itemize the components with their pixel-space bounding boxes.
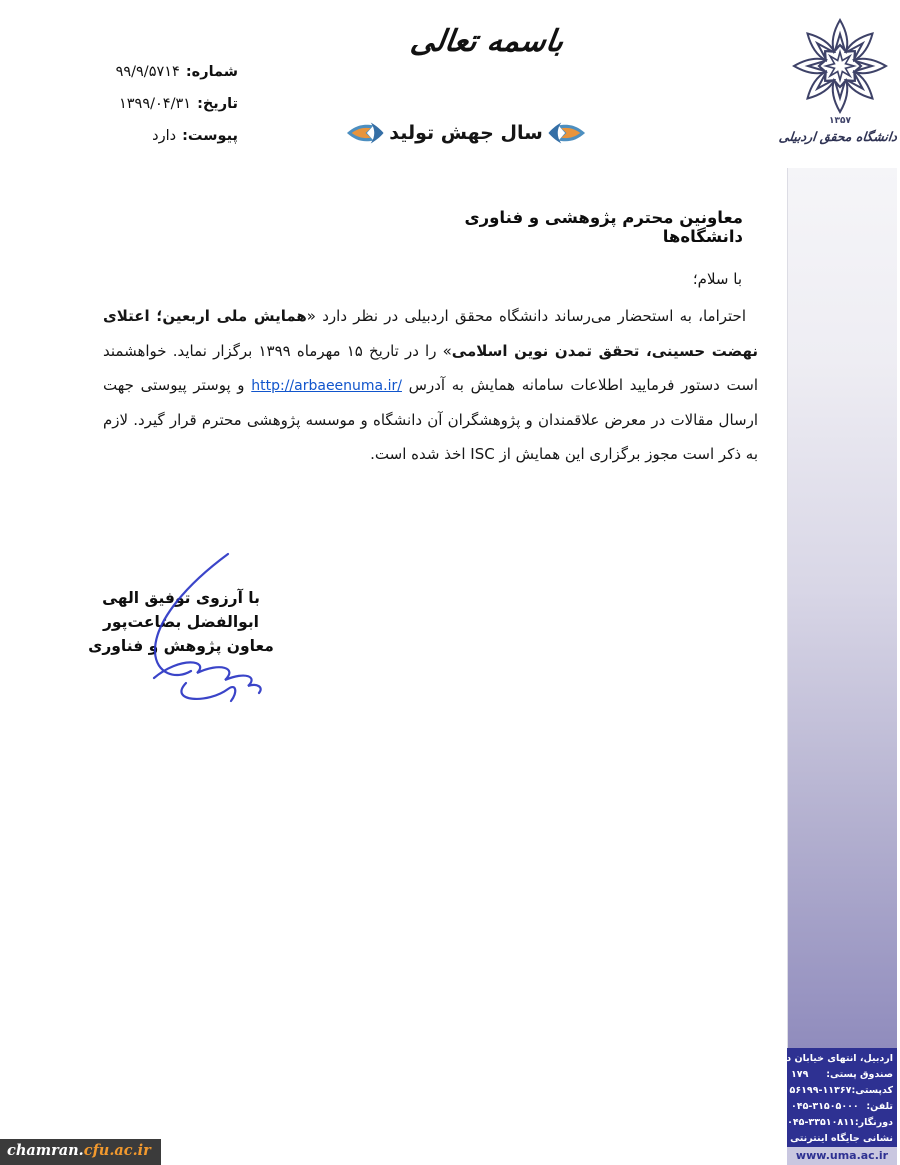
footer-postal-label: کدپستی:	[851, 1083, 893, 1099]
salutation-line: با سلام؛	[620, 270, 742, 288]
watermark-suffix: cfu.ac.ir	[84, 1142, 151, 1159]
letter-meta: شماره: ۹۹/۹/۵۷۱۴ تاریخ: ۱۳۹۹/۰۴/۳۱ پیوست…	[96, 62, 238, 158]
logo-founding-year: ۱۳۵۷	[783, 116, 897, 126]
logo-university-name: دانشگاه محقق اردبیلی	[782, 129, 898, 144]
body-line-3-post: و پوستر پیوستی جهت	[103, 376, 251, 394]
university-logo: ۱۳۵۷ دانشگاه محقق اردبیلی	[783, 10, 897, 144]
banner-ornament-right-icon	[548, 120, 586, 146]
body-line-2-normal: » را در تاریخ ۱۵ مهرماه ۱۳۹۹ برگزار نمای…	[103, 342, 452, 360]
body-line-1-bold: همایش ملی اربعین؛ اعتلای	[103, 307, 307, 325]
letter-date-value: ۱۳۹۹/۰۴/۳۱	[119, 94, 191, 114]
conference-site-link[interactable]: http://arbaeenuma.ir/	[251, 378, 402, 394]
banner-ornament-left-icon	[346, 120, 384, 146]
footer-postal-row: کدپستی: ۵۶۱۹۹-۱۱۳۶۷	[791, 1083, 893, 1099]
university-emblem-icon	[784, 10, 896, 120]
isc-acronym: ISC	[470, 445, 494, 463]
footer-tel-value: ۰۴۵-۳۱۵۰۵۰۰۰	[791, 1099, 859, 1115]
source-watermark: chamran.cfu.ac.ir	[0, 1139, 161, 1165]
footer-pobox-row: صندوق پستی: ۱۷۹	[791, 1067, 893, 1083]
letter-attachment-value: دارد	[152, 126, 176, 146]
letter-date-row: تاریخ: ۱۳۹۹/۰۴/۳۱	[96, 94, 238, 114]
footer-pobox-value: ۱۷۹	[791, 1067, 808, 1083]
side-gradient-strip	[787, 168, 897, 1048]
footer-site-label: نشانی جایگاه اینترنتی دانشگاه	[751, 1131, 893, 1147]
letter-number-value: ۹۹/۹/۵۷۱۴	[116, 62, 180, 82]
besmele-calligraphy: باسمه تعالی	[395, 24, 580, 59]
body-line-3: است دستور فرمایید اطلاعات سامانه همایش ب…	[103, 368, 758, 403]
footer-fax-label: دورنگار:	[855, 1115, 893, 1131]
letter-number-label: شماره:	[186, 62, 238, 82]
recipient-line: معاونین محترم پژوهشی و فناوری دانشگاه‌ها	[383, 208, 743, 246]
watermark-prefix: chamran.	[7, 1142, 84, 1159]
footer-site-row: نشانی جایگاه اینترنتی دانشگاه	[791, 1131, 893, 1147]
body-line-1-normal: احتراما، به استحضار می‌رساند دانشگاه محق…	[307, 307, 746, 325]
body-line-1: احتراما، به استحضار می‌رساند دانشگاه محق…	[103, 299, 758, 334]
body-line-3-pre: است دستور فرمایید اطلاعات سامانه همایش ب…	[402, 376, 758, 394]
letter-date-label: تاریخ:	[197, 94, 238, 114]
footer-pobox-label: صندوق پستی:	[826, 1067, 893, 1083]
body-line-4: ارسال مقالات در معرض علاقمندان و پژوهشگر…	[103, 403, 758, 438]
university-website-url[interactable]: www.uma.ac.ir	[787, 1147, 897, 1165]
body-line-2-bold: نهضت حسینی، تحقق تمدن نوین اسلامی	[452, 342, 758, 360]
signatory-title: معاون پژوهش و فناوری	[72, 634, 290, 658]
footer-tel-label: تلفن:	[866, 1099, 893, 1115]
footer-fax-row: دورنگار: ۰۴۵-۳۳۵۱۰۸۱۱	[791, 1115, 893, 1131]
footer-contact-block: اردبیل، انتهای خیابان دانشگاه صندوق پستی…	[787, 1048, 897, 1147]
year-slogan-text: سال جهش تولید	[389, 122, 543, 144]
body-line-5-post: اخذ شده است.	[370, 445, 470, 463]
body-line-5-pre: به ذکر است مجوز برگزاری این همایش از	[495, 445, 758, 463]
signatory-name: ابوالفضل بضاعت‌پور	[72, 610, 290, 634]
footer-address-row: اردبیل، انتهای خیابان دانشگاه	[791, 1051, 893, 1067]
footer-postal-value: ۵۶۱۹۹-۱۱۳۶۷	[790, 1083, 852, 1099]
letter-attachment-label: پیوست:	[182, 126, 238, 146]
signature-wish: با آرزوی توفیق الهی	[72, 586, 290, 610]
signature-block: با آرزوی توفیق الهی ابوالفضل بضاعت‌پور م…	[72, 586, 290, 658]
year-slogan-banner: سال جهش تولید	[334, 114, 598, 152]
letter-page: شماره: ۹۹/۹/۵۷۱۴ تاریخ: ۱۳۹۹/۰۴/۳۱ پیوست…	[0, 0, 900, 1165]
footer-tel-row: تلفن: ۰۴۵-۳۱۵۰۵۰۰۰	[791, 1099, 893, 1115]
footer-address: اردبیل، انتهای خیابان دانشگاه	[755, 1051, 893, 1067]
body-line-5: به ذکر است مجوز برگزاری این همایش از ISC…	[103, 437, 758, 472]
letter-body: احتراما، به استحضار می‌رساند دانشگاه محق…	[103, 299, 758, 472]
letter-attachment-row: پیوست: دارد	[96, 126, 238, 146]
footer-fax-value: ۰۴۵-۳۳۵۱۰۸۱۱	[787, 1115, 855, 1131]
letter-number-row: شماره: ۹۹/۹/۵۷۱۴	[96, 62, 238, 82]
body-line-2: نهضت حسینی، تحقق تمدن نوین اسلامی» را در…	[103, 334, 758, 369]
